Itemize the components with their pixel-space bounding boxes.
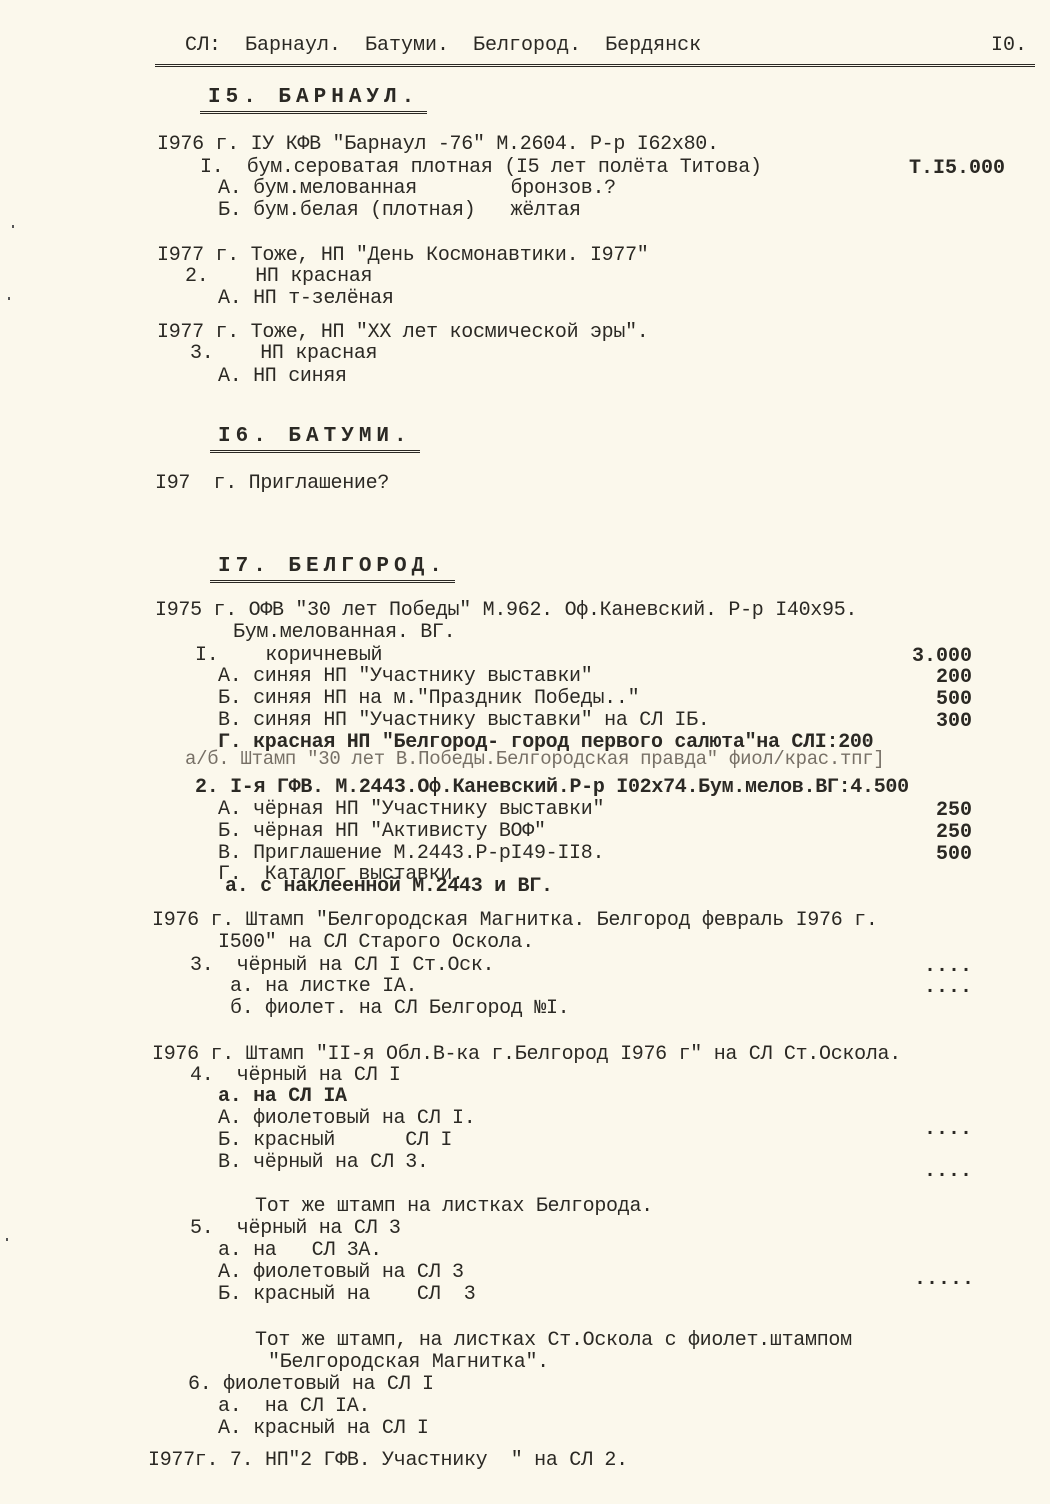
entry-line: I976 г. Штамп "Белгородская Магнитка. Бе… xyxy=(152,910,878,932)
entry-line: I976 г. Штамп "II-я Обл.В-ка г.Белгород … xyxy=(152,1044,901,1066)
entry-line: 3. чёрный на СЛ I Ст.Оск. xyxy=(190,955,494,977)
entry-line: а. на листке IА. xyxy=(230,976,417,998)
quantity-value: Т.I5.000 xyxy=(909,157,1005,180)
entry-line: А. чёрная НП "Участнику выставки" xyxy=(218,799,604,821)
entry-line: А. бум.мелованная бронзов.? xyxy=(218,178,616,200)
entry-line: В. синяя НП "Участнику выставки" на СЛ I… xyxy=(218,710,709,732)
entry-line: I977 г. Тоже, НП "День Космонавтики. I97… xyxy=(157,245,648,267)
quantity-value: .... xyxy=(924,955,972,978)
page-header: СЛ: Барнаул. Батуми. Белгород. Бердянск … xyxy=(155,32,1035,67)
entry-line: I97 г. Приглашение? xyxy=(155,473,389,495)
entry-line: 4. чёрный на СЛ I xyxy=(190,1065,401,1087)
entry-line: I500" на СЛ Старого Оскола. xyxy=(218,932,534,954)
quantity-value: 300 xyxy=(936,710,972,733)
entry-line: Б. чёрная НП "Активисту ВОФ" xyxy=(218,821,546,843)
entry-line: А. НП синяя xyxy=(218,366,347,388)
entry-line: а. на СЛ 3А. xyxy=(218,1240,382,1262)
entry-line: Тот же штамп, на листках Ст.Оскола с фио… xyxy=(255,1330,852,1352)
quantity-value: .... xyxy=(924,976,972,999)
page-number: I0. xyxy=(991,34,1027,57)
entry-line: I. бум.сероватая плотная (I5 лет полёта … xyxy=(200,157,762,179)
entry-line: б. фиолет. на СЛ Белгород №I. xyxy=(230,998,569,1020)
section-heading-batumi: I6. БАТУМИ. xyxy=(210,425,420,453)
entry-line: Б. бум.белая (плотная) жёлтая xyxy=(218,200,581,222)
quantity-value: 3.000 xyxy=(912,645,972,668)
quantity-value: 500 xyxy=(936,843,972,866)
entry-line: 6. фиолетовый на СЛ I xyxy=(188,1374,434,1396)
entry-line: 5. чёрный на СЛ 3 xyxy=(190,1218,401,1240)
entry-line: Б. красный на СЛ 3 xyxy=(218,1284,475,1306)
entry-line: а. с наклеенной М.2443 и ВГ. xyxy=(225,876,553,898)
entry-line: а. на СЛ IА xyxy=(218,1086,347,1108)
paper-speck xyxy=(12,225,14,228)
section-heading-belgorod: I7. БЕЛГОРОД. xyxy=(210,555,455,583)
entry-line: Тот же штамп на листках Белгорода. xyxy=(255,1196,653,1218)
quantity-value: 200 xyxy=(936,666,972,689)
entry-line: Бум.мелованная. ВГ. xyxy=(233,622,455,644)
quantity-value: ..... xyxy=(914,1268,974,1291)
entry-line: "Белгородская Магнитка". xyxy=(268,1352,549,1374)
entry-line: А. НП т-зелёная xyxy=(218,288,394,310)
quantity-value: .... xyxy=(924,1118,972,1141)
entry-line: Б. синяя НП на м."Праздник Победы.." xyxy=(218,688,639,710)
entry-line: I975 г. ОФВ "30 лет Победы" М.962. Оф.Ка… xyxy=(155,600,857,622)
paper-speck xyxy=(8,297,10,300)
entry-line: А. синяя НП "Участнику выставки" xyxy=(218,666,592,688)
entry-line: I. коричневый xyxy=(195,645,382,667)
entry-line: а. на СЛ IА. xyxy=(218,1396,370,1418)
entry-line: В. Приглашение М.2443.Р-рI49-II8. xyxy=(218,843,604,865)
entry-line: 3. НП красная xyxy=(190,343,377,365)
typewritten-page: СЛ: Барнаул. Батуми. Белгород. Бердянск … xyxy=(0,0,1050,1504)
header-title: СЛ: Барнаул. Батуми. Белгород. Бердянск xyxy=(185,34,701,57)
quantity-value: .... xyxy=(924,1160,972,1183)
entry-line: А. фиолетовый на СЛ I. xyxy=(218,1108,475,1130)
entry-line: 2. НП красная xyxy=(185,266,372,288)
entry-line: А. красный на СЛ I xyxy=(218,1418,429,1440)
entry-line: I977г. 7. НП"2 ГФВ. Участнику " на СЛ 2. xyxy=(148,1450,628,1472)
quantity-value: 250 xyxy=(936,799,972,822)
section-heading-barnaul: I5. БАРНАУЛ. xyxy=(200,86,427,114)
entry-line: В. чёрный на СЛ 3. xyxy=(218,1152,429,1174)
quantity-value: 250 xyxy=(936,821,972,844)
quantity-value: 500 xyxy=(936,688,972,711)
entry-line: А. фиолетовый на СЛ 3 xyxy=(218,1262,464,1284)
paper-speck xyxy=(6,1238,8,1241)
entry-line: 2. I-я ГФВ. М.2443.Оф.Каневский.Р-р I02x… xyxy=(195,777,909,799)
entry-line: Б. красный СЛ I xyxy=(218,1130,452,1152)
entry-line-overtyped: а/б. Штамп "30 лет В.Победы.Белгородская… xyxy=(185,748,884,770)
entry-line: I976 г. IУ КФВ "Барнаул -76" М.2604. Р-р… xyxy=(157,134,719,156)
entry-line: I977 г. Тоже, НП "XX лет космической эры… xyxy=(157,322,648,344)
